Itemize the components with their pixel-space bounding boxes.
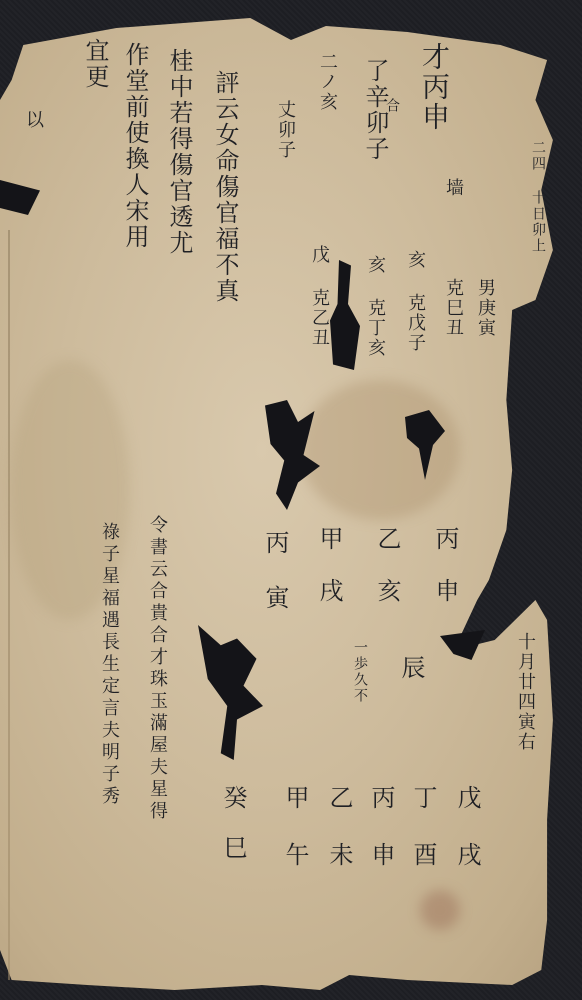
text-column: 了辛卯子: [358, 58, 393, 162]
text-column: 戊 克乙丑: [306, 245, 332, 348]
commentary-column: 宜更: [78, 38, 113, 90]
pillar-branch: 申: [428, 578, 463, 604]
chart-mark: 一歩久不: [350, 640, 370, 704]
commentary-column: 作堂前使換人宋用: [118, 42, 153, 250]
page-fold: [8, 230, 10, 980]
note-top-right: 二四 十日卯上: [528, 140, 548, 254]
chart-mark: 辰: [394, 655, 429, 681]
text-column: 才丙申: [414, 42, 454, 132]
text-column: 亥 克戊子: [402, 250, 428, 353]
pillar-stem: 戊: [450, 785, 485, 811]
commentary-column: 評云女命傷官福不真: [208, 70, 243, 304]
pillar-branch: 戌: [312, 578, 347, 604]
commentary-column: 桂中若得傷官透尤: [162, 48, 197, 256]
pillar-branch: 巳: [216, 835, 251, 861]
text-column: 男庚寅: [472, 278, 498, 338]
pillar-stem: 丁: [406, 785, 441, 811]
margin-mark: 以: [20, 110, 46, 130]
pillar-branch: 申: [364, 842, 399, 868]
text-column: 克巳丑: [440, 278, 466, 338]
pillar-branch: 戌: [450, 842, 485, 868]
pillar-branch: 未: [322, 842, 357, 868]
pillar-branch: 亥: [370, 578, 405, 604]
pillar-stem: 丙: [364, 785, 399, 811]
date-note: 十月廿四寅右: [512, 632, 538, 752]
text-column: 丈卯子: [272, 100, 298, 160]
commentary-column: 祿子星福遇長生定言夫明子秀: [96, 522, 122, 808]
pillar-branch: 寅: [258, 585, 293, 611]
pillar-branch: 午: [278, 842, 313, 868]
pillar-stem: 丙: [258, 530, 293, 556]
commentary-column: 令書云合貴合才珠玉滿屋夫星得: [144, 515, 170, 823]
pillar-branch: 酉: [406, 842, 441, 868]
pillar-stem: 乙: [370, 526, 405, 552]
text-column: 墙: [440, 178, 466, 198]
pillar-stem: 乙: [322, 785, 357, 811]
pillar-stem: 甲: [312, 526, 347, 552]
manuscript-page: 二四 十日卯上 才丙申 墙 男庚寅 克巳丑 合 亥 克戊子 了辛卯子 亥 克丁亥…: [0, 0, 582, 1000]
text-column: 二ノ亥: [314, 52, 340, 112]
pillar-stem: 甲: [278, 785, 313, 811]
text-column: 亥 克丁亥: [362, 255, 388, 358]
pillar-stem: 癸: [216, 785, 251, 811]
pillar-stem: 丙: [428, 526, 463, 552]
water-stain: [300, 380, 460, 520]
seal-stain: [420, 890, 460, 930]
